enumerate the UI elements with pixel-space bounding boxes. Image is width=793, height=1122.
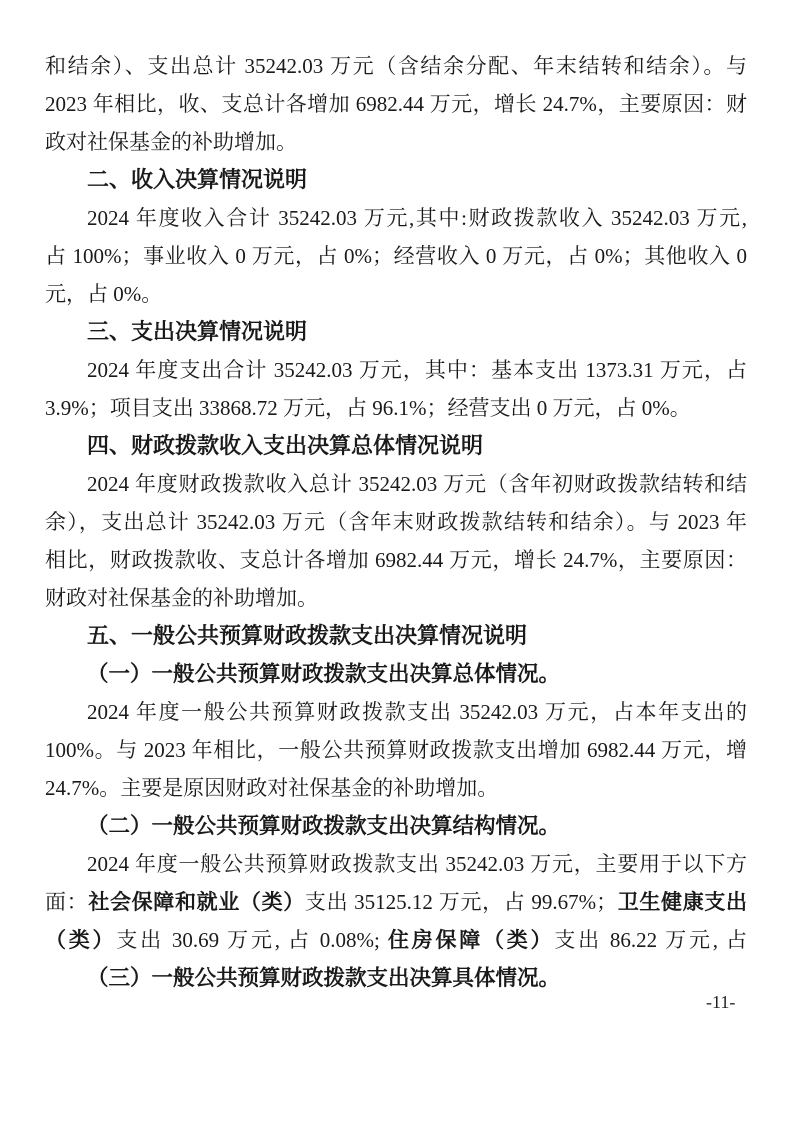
body-line: 余），支出总计 35242.03 万元（含年末财政拨款结转和结余）。与 2023… — [45, 503, 747, 541]
bold-category-social-security: 社会保障和就业（类） — [88, 890, 305, 914]
section-5-heading: 五、一般公共预算财政拨款支出决算情况说明 — [45, 617, 747, 655]
body-line-mixed-bold: 面：社会保障和就业（类）支出 35125.12 万元，占 99.67%；卫生健康… — [45, 883, 747, 921]
subsection-3-heading: （三）一般公共预算财政拨款支出决算具体情况。 — [45, 959, 747, 997]
bold-category-health: 卫生健康支出 — [617, 890, 747, 914]
document-page: 和结余）、支出总计 35242.03 万元（含结余分配、年末结转和结余）。与 2… — [45, 47, 747, 997]
body-line-mixed-bold: （类）支出 30.69 万元, 占 0.08%; 住房保障（类）支出 86.22… — [45, 921, 747, 959]
bold-category-health-cont: （类） — [45, 928, 116, 952]
body-line: 3.9%；项目支出 33868.72 万元，占 96.1%；经营支出 0 万元，… — [45, 389, 747, 427]
subsection-1-heading: （一）一般公共预算财政拨款支出决算总体情况。 — [45, 655, 747, 693]
subsection-2-heading: （二）一般公共预算财政拨款支出决算结构情况。 — [45, 807, 747, 845]
body-line: 财政对社保基金的补助增加。 — [45, 579, 747, 617]
body-line: 100%。与 2023 年相比，一般公共预算财政拨款支出增加 6982.44 万… — [45, 731, 747, 769]
body-line: 2024 年度一般公共预算财政拨款支出 35242.03 万元，主要用于以下方 — [45, 845, 747, 883]
body-segment: 支出 35125.12 万元，占 99.67%； — [305, 890, 617, 914]
body-line: 元，占 0%。 — [45, 275, 747, 313]
body-segment: 支出 30.69 万元, 占 0.08%; — [116, 928, 388, 952]
page-number: -11- — [706, 992, 735, 1012]
body-line-continuation: 和结余）、支出总计 35242.03 万元（含结余分配、年末结转和结余）。与 — [45, 47, 747, 85]
body-line: 2024 年度收入合计 35242.03 万元,其中:财政拨款收入 35242.… — [45, 199, 747, 237]
body-line: 2024 年度支出合计 35242.03 万元，其中：基本支出 1373.31 … — [45, 351, 747, 389]
section-4-heading: 四、财政拨款收入支出决算总体情况说明 — [45, 427, 747, 465]
body-line: 占 100%；事业收入 0 万元，占 0%；经营收入 0 万元，占 0%；其他收… — [45, 237, 747, 275]
body-line: 相比，财政拨款收、支总计各增加 6982.44 万元，增长 24.7%，主要原因… — [45, 541, 747, 579]
bold-category-housing: 住房保障（类） — [388, 928, 554, 952]
body-line: 2024 年度一般公共预算财政拨款支出 35242.03 万元，占本年支出的 — [45, 693, 747, 731]
body-segment: 面： — [45, 890, 88, 914]
body-line: 2024 年度财政拨款收入总计 35242.03 万元（含年初财政拨款结转和结 — [45, 465, 747, 503]
body-line: 政对社保基金的补助增加。 — [45, 123, 747, 161]
body-line: 2023 年相比，收、支总计各增加 6982.44 万元，增长 24.7%，主要… — [45, 85, 747, 123]
body-line: 24.7%。主要是原因财政对社保基金的补助增加。 — [45, 769, 747, 807]
section-2-heading: 二、收入决算情况说明 — [45, 161, 747, 199]
section-3-heading: 三、支出决算情况说明 — [45, 313, 747, 351]
